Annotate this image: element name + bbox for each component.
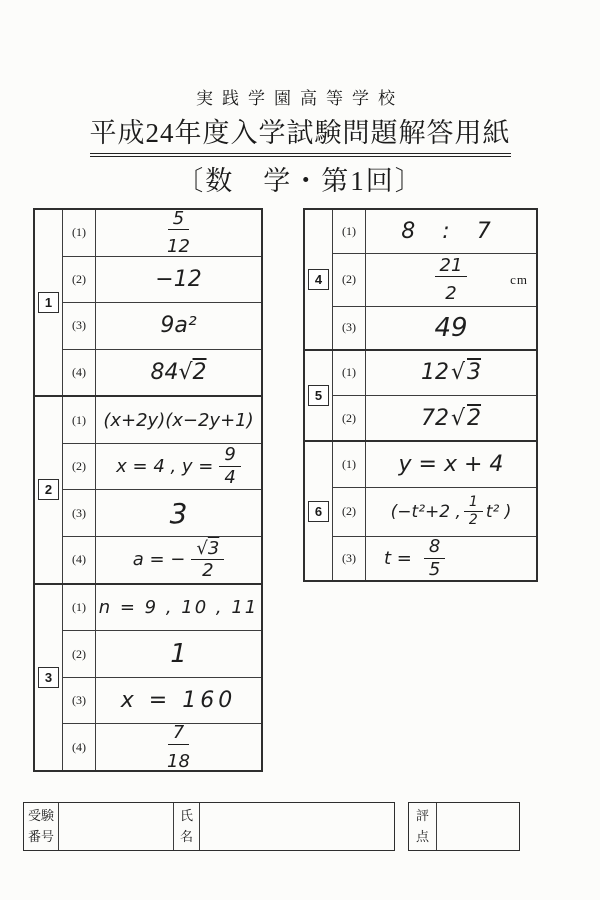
handwritten-answer: 8 : 7: [401, 219, 500, 244]
answer-cell: 84√2: [96, 350, 261, 396]
answer-row-2-3: (3) 3: [63, 489, 261, 536]
problem-2-section: 2 (1) (x+2y)(x−2y+1) (2) x = 4 , y =: [35, 395, 261, 582]
sqrt-sign: √: [178, 360, 192, 385]
problem-3-number-cell: 3: [35, 585, 63, 770]
sheet-title-wrap: 平成24年度入学試験問題解答用紙: [0, 111, 600, 157]
sub-number: (1): [63, 210, 96, 256]
problem-1-section: 1 (1) 5 12 (2) −12: [35, 210, 261, 395]
handwritten-fraction: 9 4: [219, 445, 240, 488]
handwritten-answer: n = 9 , 10 , 11: [99, 597, 259, 618]
handwritten-answer: 49: [434, 313, 467, 343]
answer-table-left: 1 (1) 5 12 (2) −12: [33, 208, 263, 772]
problem-4-section: 4 (1) 8 : 7 (2) 21 2 cm: [305, 210, 536, 349]
answer-row-2-4: (4) a = − √3 2: [63, 536, 261, 583]
handwritten-fraction: 8 5: [424, 537, 445, 580]
sqrt-radicand: 3: [467, 360, 481, 385]
sub-number: (4): [63, 537, 96, 583]
answer-cell: 9a²: [96, 303, 261, 349]
sub-number: (3): [333, 307, 366, 349]
answer-row-1-3: (3) 9a²: [63, 302, 261, 349]
sqrt-sign: √: [451, 406, 465, 431]
answer-cell: t = 8 5: [366, 537, 536, 580]
answer-row-4-3: (3) 49: [333, 306, 536, 349]
answer-row-6-3: (3) t = 8 5: [333, 536, 536, 580]
sub-number: (2): [63, 444, 96, 490]
examinee-info-box: 受験 番号 氏 名: [23, 802, 395, 851]
sqrt-sign: √: [451, 360, 465, 385]
title-double-underline: 平成24年度入学試験問題解答用紙: [90, 111, 511, 157]
handwritten-answer: 9a²: [160, 313, 196, 338]
handwritten-answer: 84√2: [150, 360, 206, 385]
answer-cell: x = 160: [96, 678, 261, 724]
sub-number: (3): [63, 303, 96, 349]
problem-6-section: 6 (1) y = x + 4 (2) (−t²+2 , 1: [305, 440, 536, 580]
answer-cell: 72√2: [366, 396, 536, 440]
sub-number: (4): [63, 724, 96, 770]
answer-cell: 3: [96, 490, 261, 536]
answer-cell: 7 18: [96, 724, 261, 770]
handwritten-answer: 1: [170, 639, 187, 669]
sub-number: (2): [333, 254, 366, 305]
name-label: 氏 名: [174, 803, 200, 850]
problem-3-number-box: 3: [38, 667, 59, 688]
problem-5-section: 5 (1) 12√3 (2) 72√2: [305, 349, 536, 440]
problem-3-section: 3 (1) n = 9 , 10 , 11 (2) 1 (3): [35, 583, 261, 770]
handwritten-answer: t = 8 5: [384, 537, 445, 580]
handwritten-answer: 72√2: [421, 406, 481, 431]
answer-row-1-1: (1) 5 12: [63, 210, 261, 256]
problem-6-number-box: 6: [308, 501, 329, 522]
answer-cell: 49: [366, 307, 536, 349]
handwritten-answer: x = 160: [121, 688, 236, 713]
handwritten-fraction: 21 2: [435, 256, 468, 305]
problem-1-number-cell: 1: [35, 210, 63, 395]
handwritten-answer: (x+2y)(x−2y+1): [103, 410, 253, 431]
score-field: [437, 803, 519, 850]
unit-label: cm: [510, 272, 528, 288]
sub-number: (4): [63, 350, 96, 396]
sub-number: (1): [63, 397, 96, 443]
sheet-title: 平成24年度入学試験問題解答用紙: [90, 111, 511, 154]
handwritten-fraction: 1 2: [464, 495, 483, 529]
problem-4-number-box: 4: [308, 269, 329, 290]
answer-row-3-4: (4) 7 18: [63, 723, 261, 770]
problem-5-number-box: 5: [308, 385, 329, 406]
handwritten-fraction: √3 2: [191, 539, 224, 582]
handwritten-answer: −12: [155, 267, 201, 292]
answer-row-3-2: (2) 1: [63, 630, 261, 677]
handwritten-answer: y = x + 4: [399, 452, 504, 477]
answer-cell: y = x + 4: [366, 442, 536, 487]
answer-cell: (−t²+2 , 1 2 t² ): [366, 488, 536, 536]
school-name: 実践学園高等学校: [0, 84, 600, 109]
exam-number-field: [59, 803, 174, 850]
sub-number: (1): [333, 210, 366, 253]
answer-table-right: 4 (1) 8 : 7 (2) 21 2 cm: [303, 208, 538, 582]
problem-4-number-cell: 4: [305, 210, 333, 349]
answer-cell: a = − √3 2: [96, 537, 261, 583]
answer-row-6-2: (2) (−t²+2 , 1 2 t² ): [333, 487, 536, 536]
answer-cell: x = 4 , y = 9 4: [96, 444, 261, 490]
name-field: [200, 803, 394, 850]
problem-5-number-cell: 5: [305, 351, 333, 440]
answer-cell: 12√3: [366, 351, 536, 395]
sub-number: (1): [63, 585, 96, 631]
answer-cell: (x+2y)(x−2y+1): [96, 397, 261, 443]
answer-row-4-1: (1) 8 : 7: [333, 210, 536, 253]
handwritten-answer: a = − √3 2: [133, 539, 225, 582]
answer-row-2-2: (2) x = 4 , y = 9 4: [63, 443, 261, 490]
sub-number: (1): [333, 351, 366, 395]
problem-2-number-cell: 2: [35, 397, 63, 582]
answer-cell: 1: [96, 631, 261, 677]
handwritten-answer: 3: [170, 497, 188, 530]
sub-number: (2): [333, 396, 366, 440]
answer-row-5-2: (2) 72√2: [333, 395, 536, 440]
answer-row-2-1: (1) (x+2y)(x−2y+1): [63, 397, 261, 443]
sqrt-radicand: 2: [193, 360, 207, 385]
sub-number: (3): [333, 537, 366, 580]
answer-cell: 8 : 7: [366, 210, 536, 253]
score-label: 評 点: [409, 803, 437, 850]
sub-number: (3): [63, 490, 96, 536]
answer-row-6-1: (1) y = x + 4: [333, 442, 536, 487]
answer-row-1-4: (4) 84√2: [63, 349, 261, 396]
problem-6-number-cell: 6: [305, 442, 333, 580]
problem-1-number-box: 1: [38, 292, 59, 313]
handwritten-answer: x = 4 , y = 9 4: [116, 445, 241, 488]
answer-cell: n = 9 , 10 , 11: [96, 585, 261, 631]
sub-number: (3): [63, 678, 96, 724]
answer-sheet-page: 実践学園高等学校 平成24年度入学試験問題解答用紙 〔数 学・第1回〕 1 (1…: [0, 0, 600, 900]
sqrt-radicand: 2: [467, 406, 481, 431]
handwritten-answer: (−t²+2 , 1 2 t² ): [391, 495, 512, 529]
answer-row-3-1: (1) n = 9 , 10 , 11: [63, 585, 261, 631]
handwritten-answer: 12√3: [421, 360, 481, 385]
problem-2-number-box: 2: [38, 479, 59, 500]
sub-number: (1): [333, 442, 366, 487]
sub-number: (2): [63, 631, 96, 677]
answer-row-1-2: (2) −12: [63, 256, 261, 303]
answer-cell: 21 2 cm: [366, 254, 536, 305]
sqrt-radicand: 3: [208, 538, 219, 559]
answer-row-5-1: (1) 12√3: [333, 351, 536, 395]
subject-line: 〔数 学・第1回〕: [0, 159, 600, 198]
answer-row-4-2: (2) 21 2 cm: [333, 253, 536, 305]
answer-row-3-3: (3) x = 160: [63, 677, 261, 724]
exam-number-label: 受験 番号: [24, 803, 59, 850]
score-box: 評 点: [408, 802, 520, 851]
handwritten-fraction: 7 18: [167, 723, 190, 772]
handwritten-fraction: 5 12: [167, 209, 190, 258]
sub-number: (2): [333, 488, 366, 536]
sub-number: (2): [63, 257, 96, 303]
sqrt-sign: √: [196, 538, 207, 559]
answer-cell: −12: [96, 257, 261, 303]
answer-cell: 5 12: [96, 210, 261, 256]
